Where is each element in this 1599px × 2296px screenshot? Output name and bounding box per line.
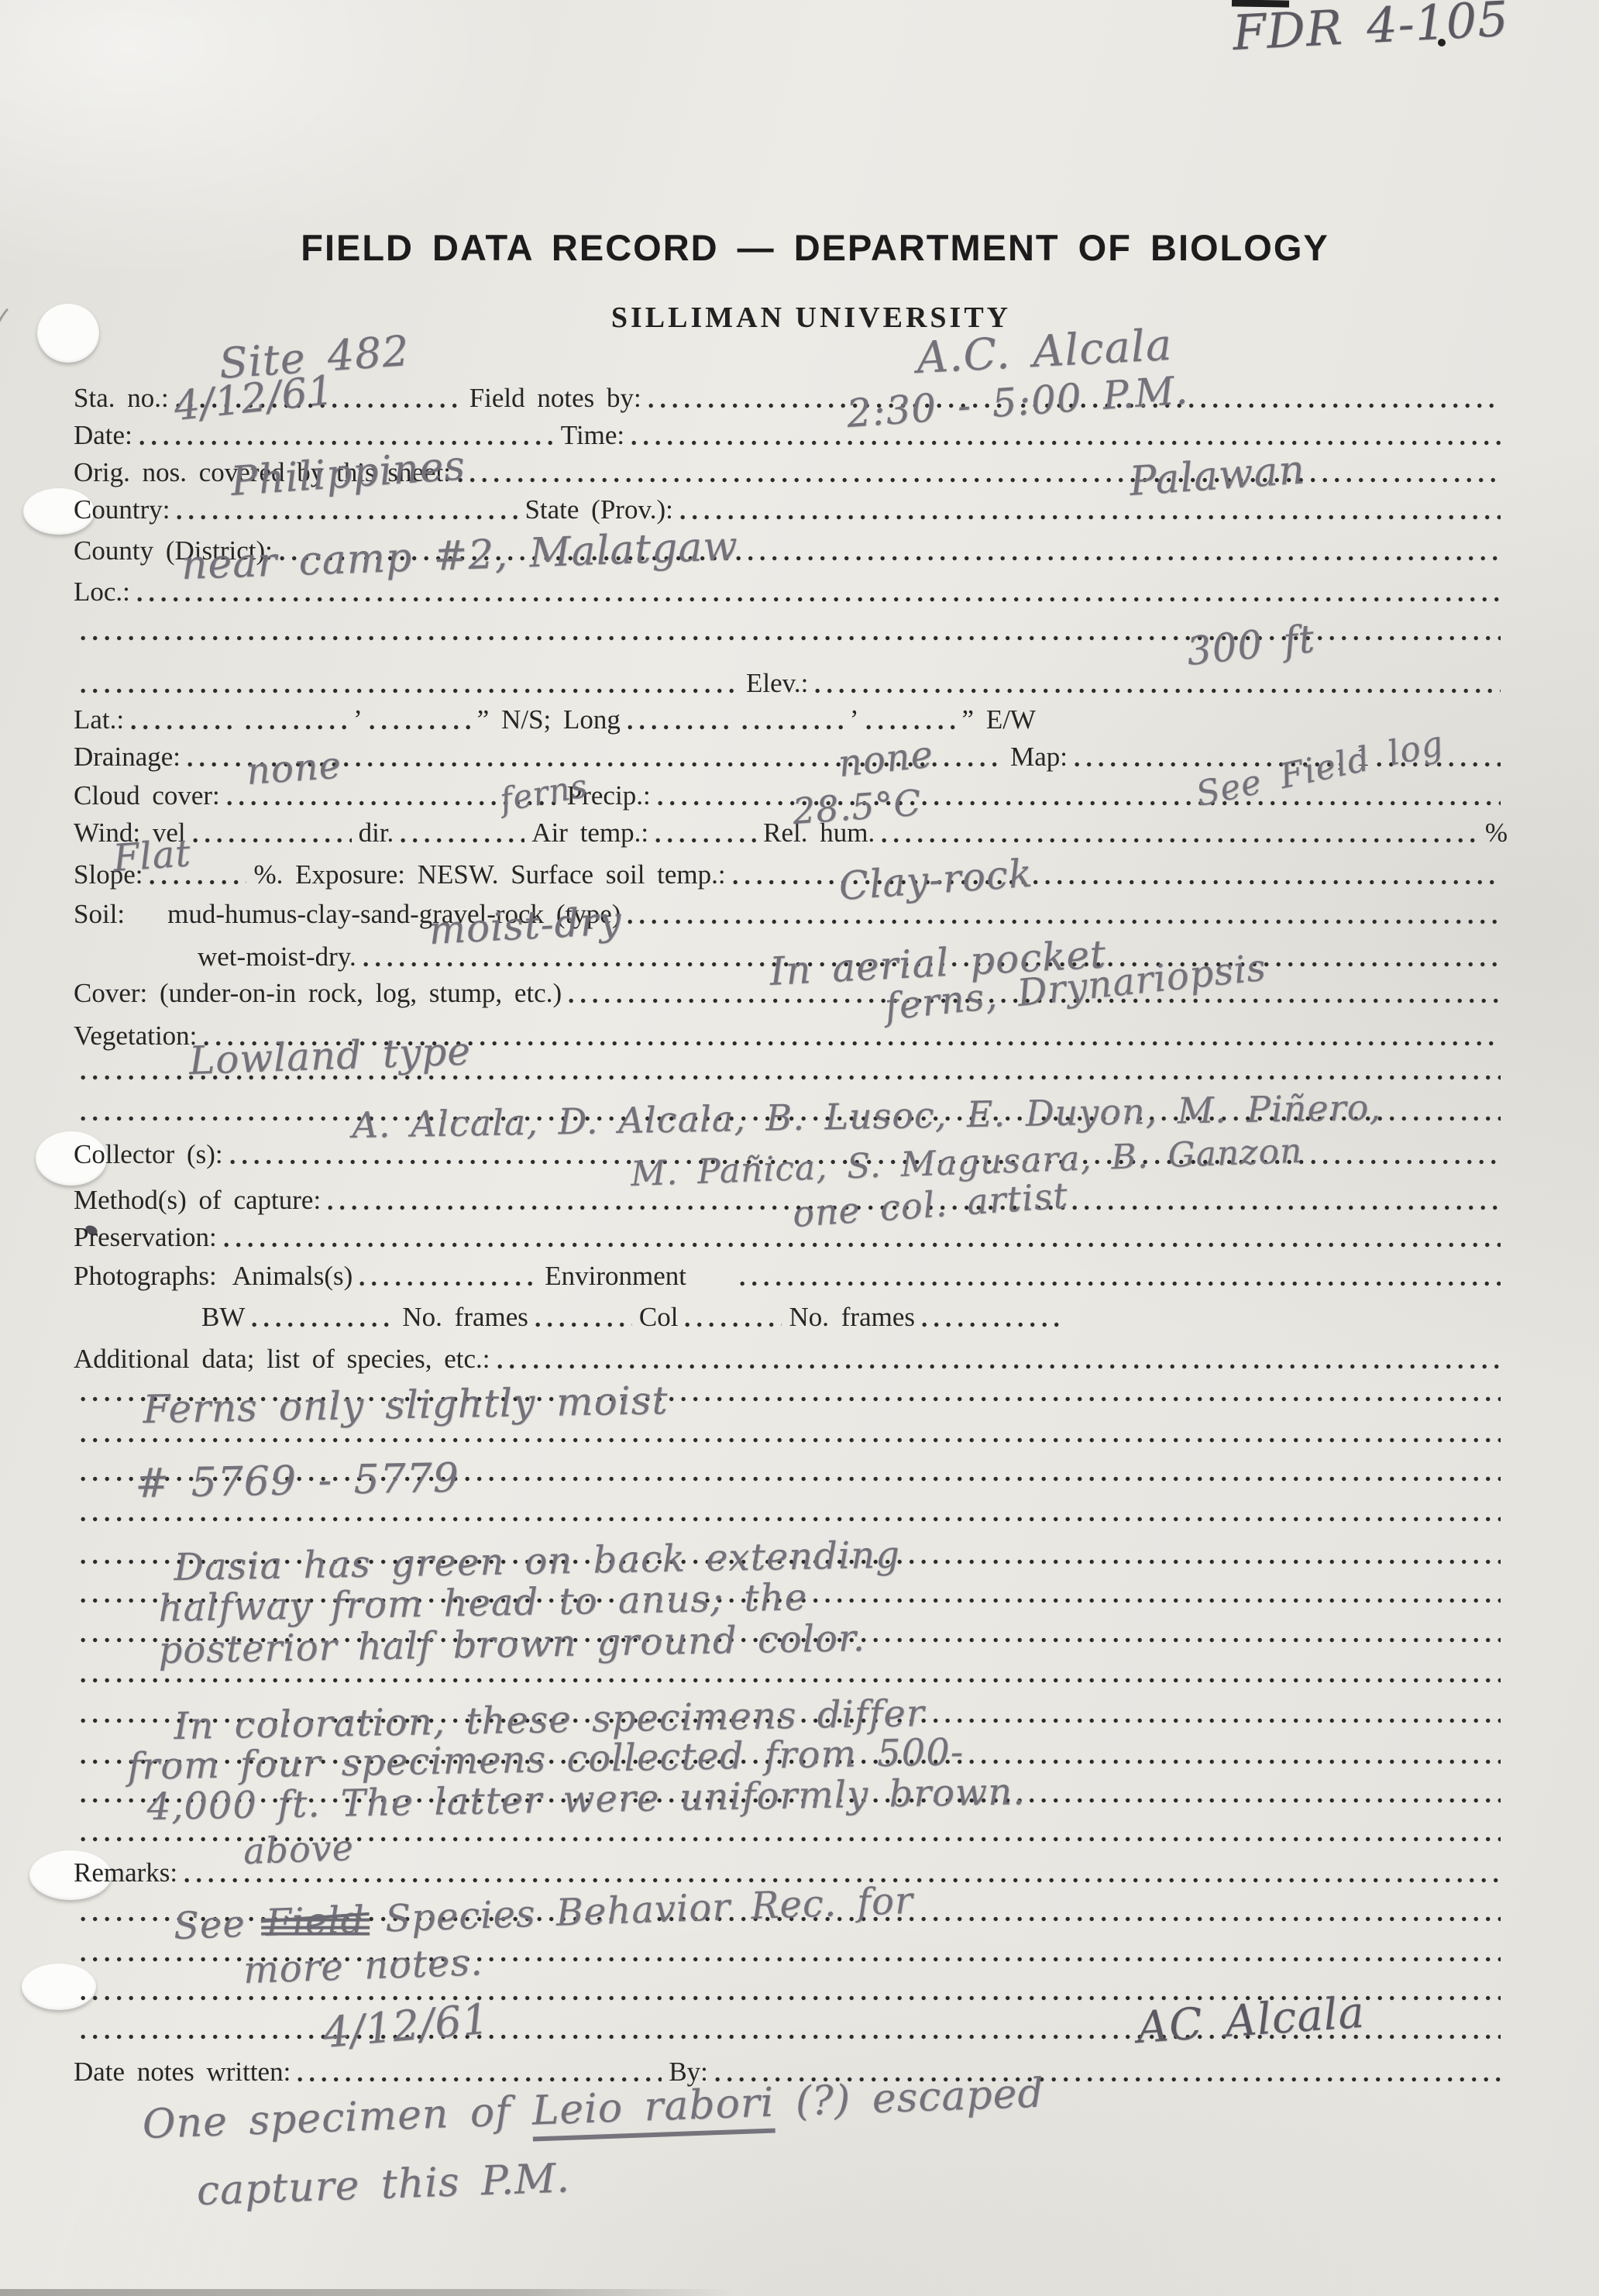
label-cover: Cover: (under-on-in rock, log, stump, et… bbox=[74, 977, 562, 1010]
label-field-notes-by: Field notes by: bbox=[469, 382, 641, 415]
label-date: Date: bbox=[74, 419, 132, 452]
dotted-line bbox=[74, 1513, 1508, 1528]
form-row-bw-frames: BW No. frames Col No. frames bbox=[74, 1299, 1508, 1334]
spacer bbox=[125, 929, 167, 931]
label-lat-sec-ns: ” N/S; Long bbox=[477, 704, 621, 736]
form-row-photographs: Photographs: Animals(s) Environment bbox=[74, 1258, 1508, 1293]
dotted-line bbox=[74, 1434, 1508, 1449]
dotted-leader bbox=[815, 687, 1501, 694]
form-row-additional-data: Additional data; list of species, etc.: bbox=[74, 1341, 1508, 1375]
dotted-leader bbox=[139, 439, 554, 446]
label-long-sec-ew: ” E/W bbox=[962, 704, 1036, 736]
label-method: Method(s) of capture: bbox=[74, 1184, 321, 1217]
label-cloud-cover: Cloud cover: bbox=[74, 780, 220, 812]
label-lat-min: ’ bbox=[353, 704, 363, 736]
dotted-leader bbox=[81, 687, 739, 694]
scanned-field-data-record: FDR 4-105 FIELD DATA RECORD — DEPARTMENT… bbox=[0, 0, 1599, 2296]
dotted-leader bbox=[81, 1677, 1501, 1684]
handwritten-ps-prefix: One specimen of bbox=[142, 2088, 533, 2148]
label-vegetation: Vegetation: bbox=[74, 1020, 197, 1052]
dotted-leader bbox=[224, 1241, 1501, 1248]
dotted-leader bbox=[680, 514, 1501, 521]
form-row-soil: Soil: mud-humus-clay-sand-gravel-rock (t… bbox=[74, 897, 1508, 931]
dotted-leader bbox=[81, 1516, 1501, 1523]
label-long-min: ’ bbox=[850, 704, 859, 736]
handwritten-struck-word: Field bbox=[265, 1898, 366, 1944]
handwritten-remarks-see-line: See Field Species Behavior Rec. for bbox=[173, 1879, 914, 1948]
label-preservation: Preservation: bbox=[74, 1221, 217, 1254]
handwritten-more-notes: more notes. bbox=[242, 1940, 483, 1992]
dotted-leader bbox=[137, 596, 1501, 603]
dotted-leader bbox=[81, 1437, 1501, 1444]
label-collectors: Collector (s): bbox=[74, 1138, 223, 1171]
form-subtitle: SILLIMAN UNIVERSITY bbox=[0, 301, 1599, 335]
label-remarks: Remarks: bbox=[74, 1857, 177, 1889]
label-wind-dir: dir. bbox=[359, 817, 394, 849]
dotted-leader bbox=[497, 1363, 1501, 1370]
handwritten-postscript-line-2: capture this P.M. bbox=[196, 2155, 571, 2215]
label-additional-data: Additional data; list of species, etc.: bbox=[74, 1343, 490, 1375]
label-exposure-soil-temp: %. Exposure: NESW. Surface soil temp.: bbox=[253, 859, 725, 891]
dotted-line bbox=[74, 1674, 1508, 1689]
dotted-leader bbox=[359, 1280, 538, 1287]
dotted-leader bbox=[297, 2076, 662, 2083]
handwritten-species-name: Leio rabori bbox=[531, 2080, 775, 2142]
handwritten-ps-suffix: (?) escaped bbox=[795, 2070, 1045, 2125]
handwritten-cloud-cover: none bbox=[245, 744, 343, 793]
label-percent: % bbox=[1485, 817, 1508, 849]
handwritten-see: See bbox=[173, 1902, 246, 1948]
dotted-leader bbox=[742, 724, 843, 731]
label-soil: Soil: bbox=[74, 898, 125, 931]
dotted-leader bbox=[628, 918, 1501, 925]
label-air-temp: Air temp.: bbox=[531, 817, 648, 849]
dotted-leader bbox=[401, 837, 524, 844]
dotted-leader bbox=[922, 1321, 1061, 1328]
label-map: Map: bbox=[1010, 741, 1068, 773]
dotted-leader bbox=[685, 1321, 782, 1328]
spacer bbox=[74, 972, 198, 973]
label-date-notes-written: Date notes written: bbox=[74, 2056, 291, 2088]
dotted-leader bbox=[246, 724, 346, 731]
dotted-leader bbox=[631, 439, 1501, 446]
label-no-frames-1: No. frames bbox=[402, 1301, 528, 1334]
label-drainage: Drainage: bbox=[74, 741, 181, 773]
dotted-leader bbox=[535, 1321, 632, 1328]
label-elev: Elev.: bbox=[746, 667, 808, 700]
handwritten-slope: Flat bbox=[112, 831, 192, 880]
dotted-leader bbox=[658, 800, 1501, 807]
label-sta-no: Sta. no.: bbox=[74, 382, 169, 415]
dotted-leader bbox=[740, 1280, 1501, 1287]
label-lat: Lat.: bbox=[74, 704, 124, 736]
dotted-leader bbox=[458, 477, 1501, 484]
label-photographs: Photographs: bbox=[74, 1260, 217, 1293]
form-row-elev: Elev.: bbox=[74, 666, 1508, 700]
dotted-leader bbox=[131, 724, 232, 731]
label-country: Country: bbox=[74, 494, 170, 526]
form-row-wind: Wind: vel dir. Air temp.: Rel. hum. % bbox=[74, 815, 1508, 849]
label-state: State (Prov.): bbox=[524, 494, 672, 526]
label-no-frames-2: No. frames bbox=[789, 1301, 915, 1334]
spacer bbox=[686, 1291, 733, 1293]
dotted-leader bbox=[628, 724, 728, 731]
label-wet-moist-dry: wet-moist-dry. bbox=[198, 941, 356, 973]
form-row-lat-long: Lat.: ’ ” N/S; Long ’ ” E/W bbox=[74, 702, 1508, 736]
dotted-leader bbox=[370, 724, 470, 731]
form-title: FIELD DATA RECORD — DEPARTMENT OF BIOLOG… bbox=[0, 226, 1599, 269]
handwritten-note: # 5769 - 5779 bbox=[135, 1455, 459, 1507]
form-row-slope: Slope: %. Exposure: NESW. Surface soil t… bbox=[74, 857, 1508, 891]
dotted-leader bbox=[193, 837, 352, 844]
label-time: Time: bbox=[561, 419, 624, 452]
label-col: Col bbox=[639, 1301, 679, 1334]
handwritten-note: Ferns only slightly moist bbox=[143, 1378, 669, 1432]
dotted-leader bbox=[150, 879, 246, 886]
handwritten-remarks: above bbox=[242, 1826, 355, 1872]
label-environment: Environment bbox=[545, 1260, 686, 1293]
dotted-leader bbox=[866, 724, 955, 731]
handwritten-code-fdr: FDR 4-105 bbox=[1231, 0, 1510, 61]
dotted-leader bbox=[655, 837, 756, 844]
spacer bbox=[217, 1291, 232, 1293]
form-row-preservation: Preservation: bbox=[74, 1220, 1508, 1254]
dotted-leader bbox=[882, 837, 1478, 844]
spacer bbox=[74, 1332, 201, 1334]
dotted-leader bbox=[177, 514, 518, 521]
label-bw: BW bbox=[201, 1301, 245, 1334]
label-animals: Animals(s) bbox=[232, 1260, 353, 1293]
dotted-leader bbox=[252, 1321, 395, 1328]
label-loc: Loc.: bbox=[74, 576, 130, 608]
